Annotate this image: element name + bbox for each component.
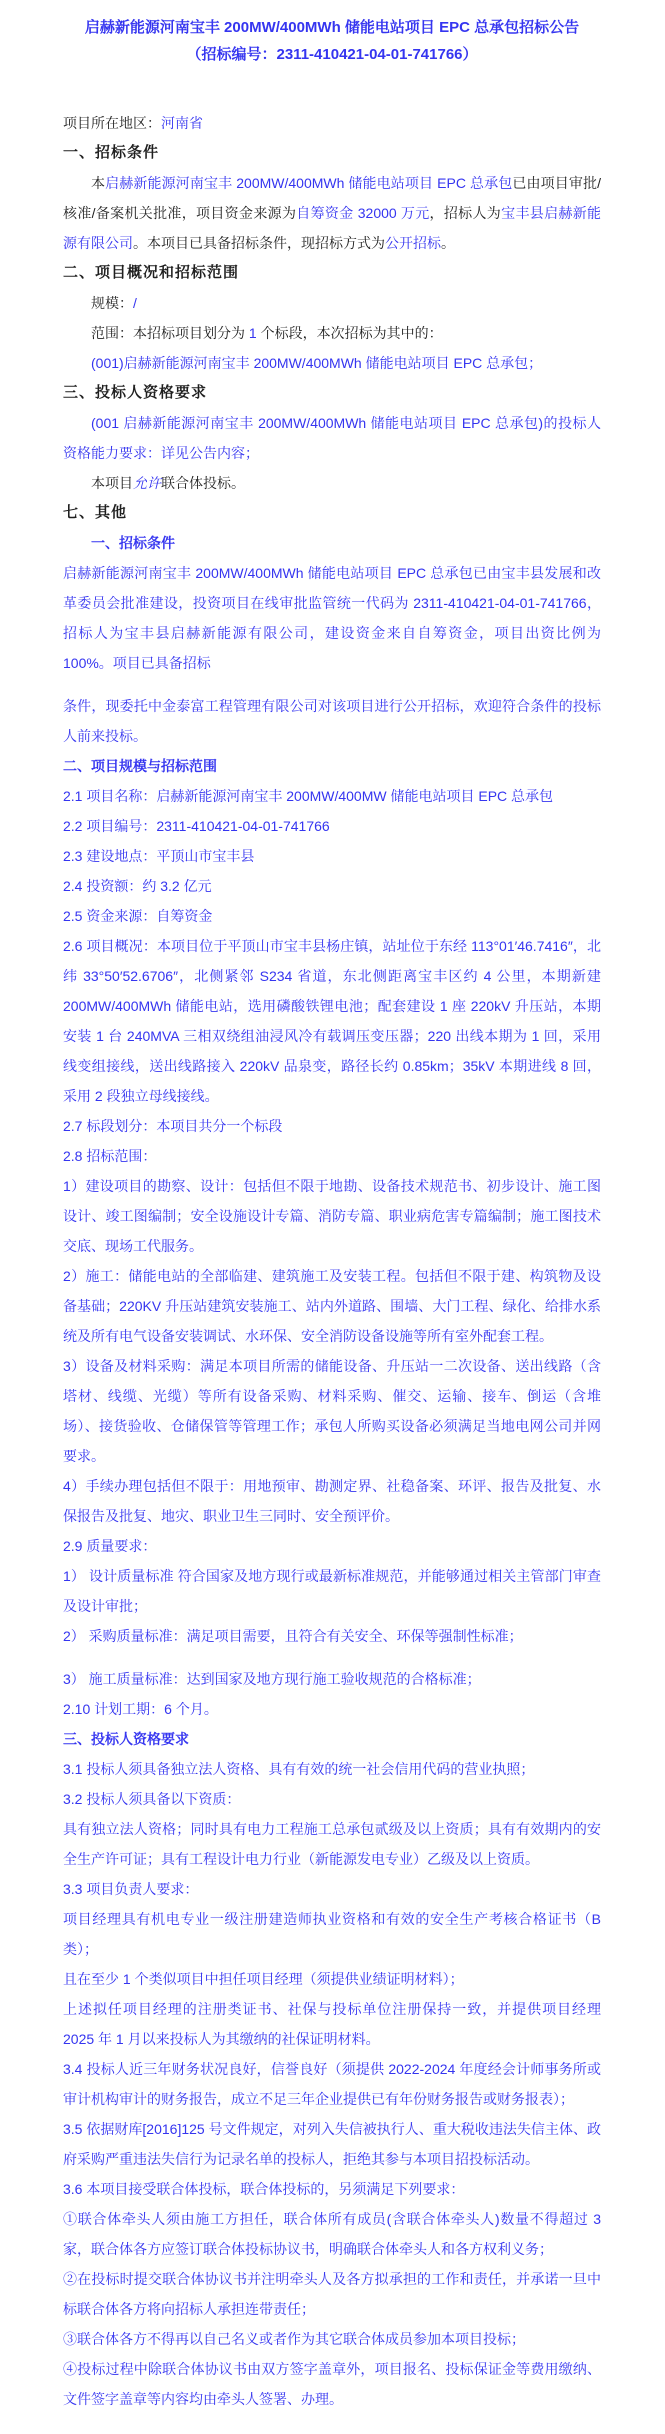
- clause: ③联合体各方不得再以自己名义或者作为其它联合体成员参加本项目投标；: [63, 2324, 601, 2354]
- text-segment: 本: [91, 175, 105, 191]
- clause: 3）设备及材料采购：满足本项目所需的储能设备、升压站一二次设备、送出线路（含塔材…: [63, 1351, 601, 1471]
- clause: 3.5 依据财库[2016]125 号文件规定，对列入失信被执行人、重大税收违法…: [63, 2114, 601, 2174]
- clause: 1） 设计质量标准 符合国家及地方现行或最新标准规范，并能够通过相关主管部门审查…: [63, 1561, 601, 1621]
- clause: 3.3 项目负责人要求：: [63, 1874, 601, 1904]
- clause: 上述拟任项目经理的注册类证书、社保与投标单位注册保持一致，并提供项目经理 202…: [63, 1994, 601, 2054]
- text-segment: 启赫新能源河南宝丰 200MW/400MWh 储能电站项目 EPC 总承包: [105, 175, 512, 191]
- clause: 4）手续办理包括但不限于：用地预审、勘测定界、社稳备案、环评、报告及批复、水保报…: [63, 1471, 601, 1531]
- clause: 3.4 投标人近三年财务状况良好，信誉良好（须提供 2022-2024 年度经会…: [63, 2054, 601, 2114]
- clause: 2.9 质量要求：: [63, 1531, 601, 1561]
- text-segment: 。: [441, 235, 455, 251]
- section7-sub1-heading: 一、招标条件: [63, 528, 601, 558]
- text-segment: 自筹资金 32000 万元: [296, 205, 429, 221]
- clause: 1）建设项目的勘察、设计：包括但不限于地勘、设备技术规范书、初步设计、施工图设计…: [63, 1171, 601, 1261]
- section3-heading: 三、投标人资格要求: [63, 378, 601, 408]
- bid-number: （招标编号：2311-410421-04-01-741766）: [63, 41, 601, 68]
- clause: 2.6 项目概况：本项目位于平顶山市宝丰县杨庄镇，站址位于东经 113°01′4…: [63, 931, 601, 1111]
- clause: 2.4 投资额：约 3.2 亿元: [63, 871, 601, 901]
- clause: 具有独立法人资格；同时具有电力工程施工总承包贰级及以上资质；具有有效期内的安全生…: [63, 1814, 601, 1874]
- section7-heading: 七、其他: [63, 498, 601, 528]
- text-segment: 本项目: [91, 475, 133, 491]
- section2-heading: 二、项目概况和招标范围: [63, 258, 601, 288]
- lot-count: 1: [249, 325, 257, 341]
- section1-paragraph: 本启赫新能源河南宝丰 200MW/400MWh 储能电站项目 EPC 总承包已由…: [63, 168, 601, 258]
- scale-label: 规模：: [91, 295, 133, 311]
- clause: 2.5 资金来源：自筹资金: [63, 901, 601, 931]
- clause: ④投标过程中除联合体协议书由双方签字盖章外，项目报名、投标保证金等费用缴纳、文件…: [63, 2354, 601, 2414]
- clause: 且在至少 1 个类似项目中担任项目经理（须提供业绩证明材料）；: [63, 1964, 601, 1994]
- lot-line: (001)启赫新能源河南宝丰 200MW/400MWh 储能电站项目 EPC 总…: [63, 348, 601, 378]
- region-label: 项目所在地区：: [63, 115, 161, 131]
- allow-word: 允许: [133, 475, 161, 491]
- clause: 2.10 计划工期：6 个月。: [63, 1694, 601, 1724]
- text-segment: 个标段，本次招标为其中的：: [257, 325, 443, 341]
- clause: 2） 采购质量标准：满足项目需要，且符合有关安全、环保等强制性标准；: [63, 1621, 601, 1651]
- text-segment: 联合体投标。: [161, 475, 245, 491]
- section7-sub3-heading: 三、投标人资格要求: [63, 1724, 601, 1754]
- section7-sub1-paragraph-2: 条件，现委托中金泰富工程管理有限公司对该项目进行公开招标，欢迎符合条件的投标人前…: [63, 691, 601, 751]
- region-line: 项目所在地区：河南省: [63, 108, 601, 138]
- consortium-line: 本项目允许联合体投标。: [63, 468, 601, 498]
- clause: 3.1 投标人须具备独立法人资格、具有有效的统一社会信用代码的营业执照；: [63, 1754, 601, 1784]
- clause: 2.3 建设地点：平顶山市宝丰县: [63, 841, 601, 871]
- document-title: 启赫新能源河南宝丰 200MW/400MWh 储能电站项目 EPC 总承包招标公…: [63, 14, 601, 41]
- text-segment: 公开招标: [385, 235, 441, 251]
- clause: 2.7 标段划分：本项目共分一个标段: [63, 1111, 601, 1141]
- clause: ②在投标时提交联合体协议书并注明牵头人及各方拟承担的工作和责任，并承诺一旦中标联…: [63, 2264, 601, 2324]
- section1-heading: 一、招标条件: [63, 138, 601, 168]
- clause: 2）施工：储能电站的全部临建、建筑施工及安装工程。包括但不限于建、构筑物及设备基…: [63, 1261, 601, 1351]
- clause: 2.1 项目名称：启赫新能源河南宝丰 200MW/400MW 储能电站项目 EP…: [63, 781, 601, 811]
- clause: ①联合体牵头人须由施工方担任，联合体所有成员(含联合体牵头人)数量不得超过 3 …: [63, 2204, 601, 2264]
- text-segment: 。本项目已具备招标条件，现招标方式为: [133, 235, 385, 251]
- clause: 3.2 投标人须具备以下资质：: [63, 1784, 601, 1814]
- text-segment: ，招标人为: [430, 205, 502, 221]
- section7-sub2-heading: 二、项目规模与招标范围: [63, 751, 601, 781]
- region-value: 河南省: [161, 115, 203, 131]
- section3-paragraph: (001 启赫新能源河南宝丰 200MW/400MWh 储能电站项目 EPC 总…: [63, 408, 601, 468]
- clause: 项目经理具有机电专业一级注册建造师执业资格和有效的安全生产考核合格证书（B 类）…: [63, 1904, 601, 1964]
- scope-line: 范围：本招标项目划分为 1 个标段，本次招标为其中的：: [63, 318, 601, 348]
- clause: 2.2 项目编号：2311-410421-04-01-741766: [63, 811, 601, 841]
- clause: 3） 施工质量标准：达到国家及地方现行施工验收规范的合格标准；: [63, 1664, 601, 1694]
- scale-value: /: [133, 295, 137, 311]
- text-segment: 范围：本招标项目划分为: [91, 325, 249, 341]
- clause: 2.8 招标范围：: [63, 1141, 601, 1171]
- scale-line: 规模：/: [63, 288, 601, 318]
- bid-announcement-document: 启赫新能源河南宝丰 200MW/400MWh 储能电站项目 EPC 总承包招标公…: [0, 0, 665, 2434]
- clause: 3.6 本项目接受联合体投标，联合体投标的，另须满足下列要求：: [63, 2174, 601, 2204]
- section7-sub1-paragraph-1: 启赫新能源河南宝丰 200MW/400MWh 储能电站项目 EPC 总承包已由宝…: [63, 558, 601, 678]
